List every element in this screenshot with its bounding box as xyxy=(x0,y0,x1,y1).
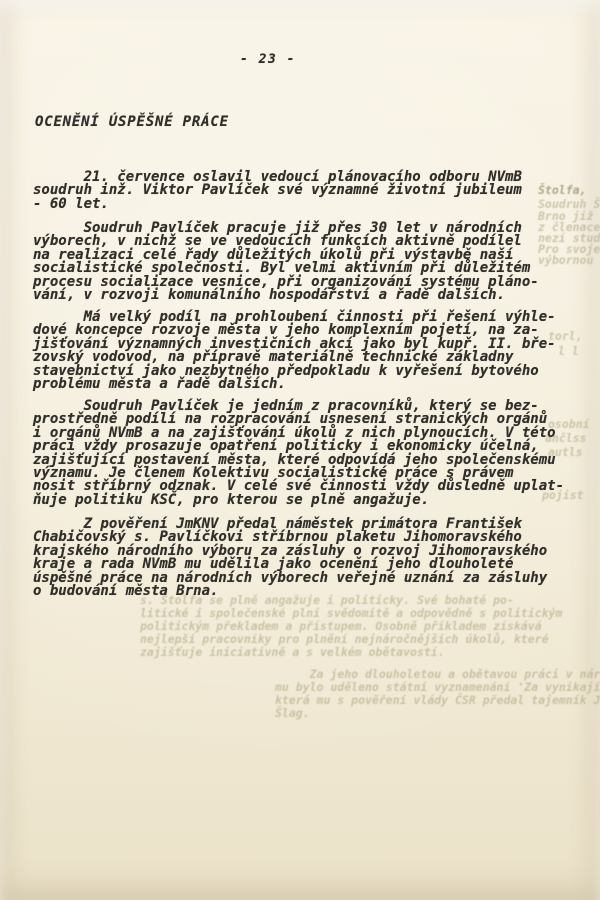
ghost-text-line: výbornou xyxy=(538,254,593,267)
ghost-paragraph: Za jeho dlouholetou a obětavou práci v n… xyxy=(275,668,600,720)
paragraph-narodni-vybory: Soudruh Pavlíček pracuje již přes 30 let… xyxy=(33,222,539,302)
ghost-paragraph: s. Štolfa se plně angažuje i politicky. … xyxy=(140,594,600,659)
ghost-text-line: Štolfa, xyxy=(538,184,586,197)
section-heading: OCENĚNÍ ÚSPĚŠNÉ PRÁCE xyxy=(35,116,229,129)
scanned-document-page: Štolfa, Soudruh Štolfa prac Brno již od … xyxy=(0,0,600,900)
paragraph-koncepce-rozvoje: Má velký podíl na prohloubení činnosti p… xyxy=(33,311,556,391)
paragraph-oceneni: Z pověření JmKNV předal náměstek primáto… xyxy=(33,518,547,598)
paragraph-jubileum: 21. července oslavil vedoucí plánovacího… xyxy=(33,171,522,211)
ghost-text-fragment: l l xyxy=(558,345,579,358)
paragraph-pracovnik: Soudruh Pavlíček je jedním z pracovníků,… xyxy=(33,400,564,507)
page-number: - 23 - xyxy=(240,53,296,66)
